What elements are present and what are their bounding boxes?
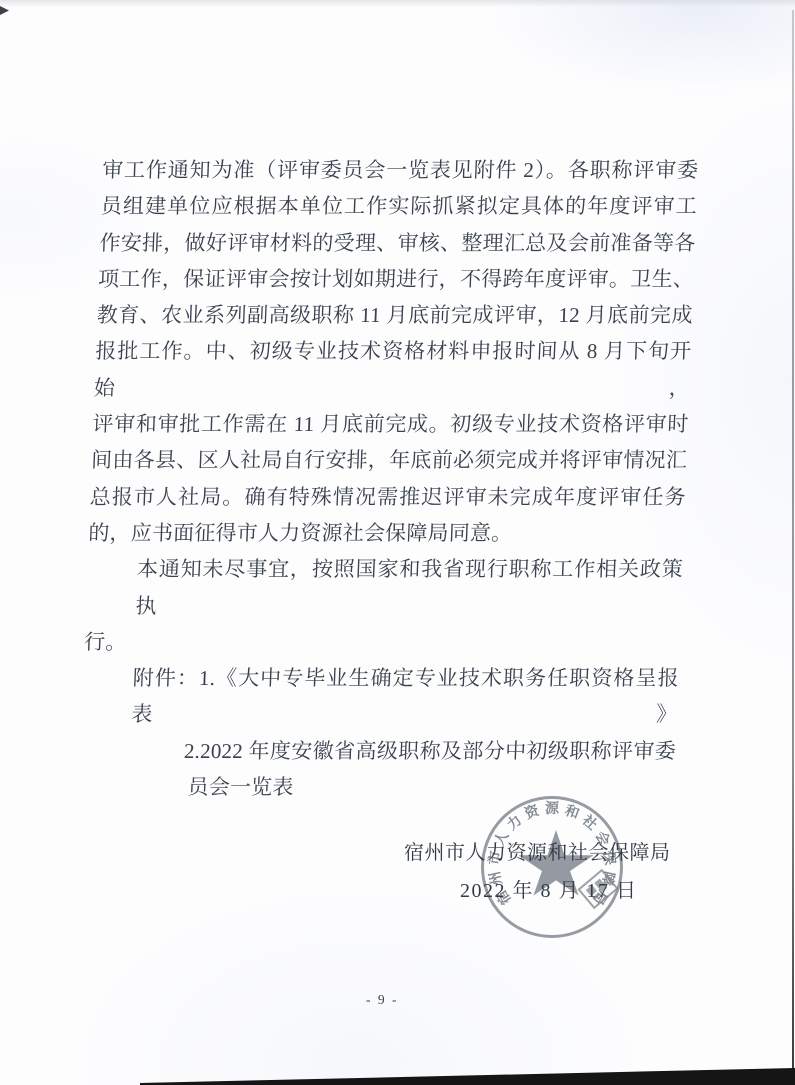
scan-right-edge-line (792, 10, 794, 1072)
body-line: 项工作，保证评审会按计划如期进行，不得跨年度评审。卫生、 (97, 261, 694, 297)
body-line: 的，应书面征得市人力资源社会保障局同意。 (88, 515, 685, 551)
scan-bottom-page-edge (0, 1060, 795, 1085)
document-body: 审工作通知为准（评审委员会一览表见附件 2）。各职称评审委 员组建单位应根据本单… (78, 152, 699, 805)
body-line: 评审和审批工作需在 11 月底前完成。初级专业技术资格评审时 (92, 406, 689, 442)
scan-top-edge-shadow (0, 0, 795, 7)
scan-corner-speck (0, 6, 9, 15)
signature-org: 宿州市人力资源和社会保障局 (404, 836, 671, 865)
body-line: 审工作通知为准（评审委员会一览表见附件 2）。各职称评审委 (102, 152, 699, 188)
body-line: 员组建单位应根据本单位工作实际抓紧拟定具体的年度评审工 (100, 188, 697, 224)
scanned-document-page: { "document": { "body_lines": [ "审工作通知为准… (0, 0, 795, 1085)
body-line: 教育、农业系列副高级职称 11 月底前完成评审，12 月底前完成 (96, 297, 693, 333)
official-seal: 宿州市人力资源和社会保障局 (481, 796, 623, 938)
attachment-line: 2.2022 年度安徽省高级职称及部分中初级职称评审委 (79, 733, 676, 769)
body-line: 作安排，做好评审材料的受理、审核、整理汇总及会前准备等各 (99, 225, 696, 261)
page-number: - 9 - (366, 992, 399, 1008)
attachment-line: 附件：1.《大中专毕业生确定专业技术职务任职资格呈报表》 (81, 660, 680, 733)
body-line: 报批工作。中、初级专业技术资格材料申报时间从 8 月下旬开始， (93, 333, 692, 406)
body-line: 间由各县、区人社局自行安排，年底前必须完成并将评审情况汇 (90, 442, 687, 478)
body-line: 本通知未尽事宜，按照国家和我省现行职称工作相关政策执 (85, 551, 684, 624)
body-line: 总报市人社局。确有特殊情况需推迟评审未完成年度评审任务 (89, 479, 686, 515)
body-line: 行。 (83, 624, 680, 660)
signature-date: 2022 年 8 月 17 日 (460, 874, 638, 903)
seal-ring-text: 宿州市人力资源和社会保障局 (481, 796, 623, 938)
